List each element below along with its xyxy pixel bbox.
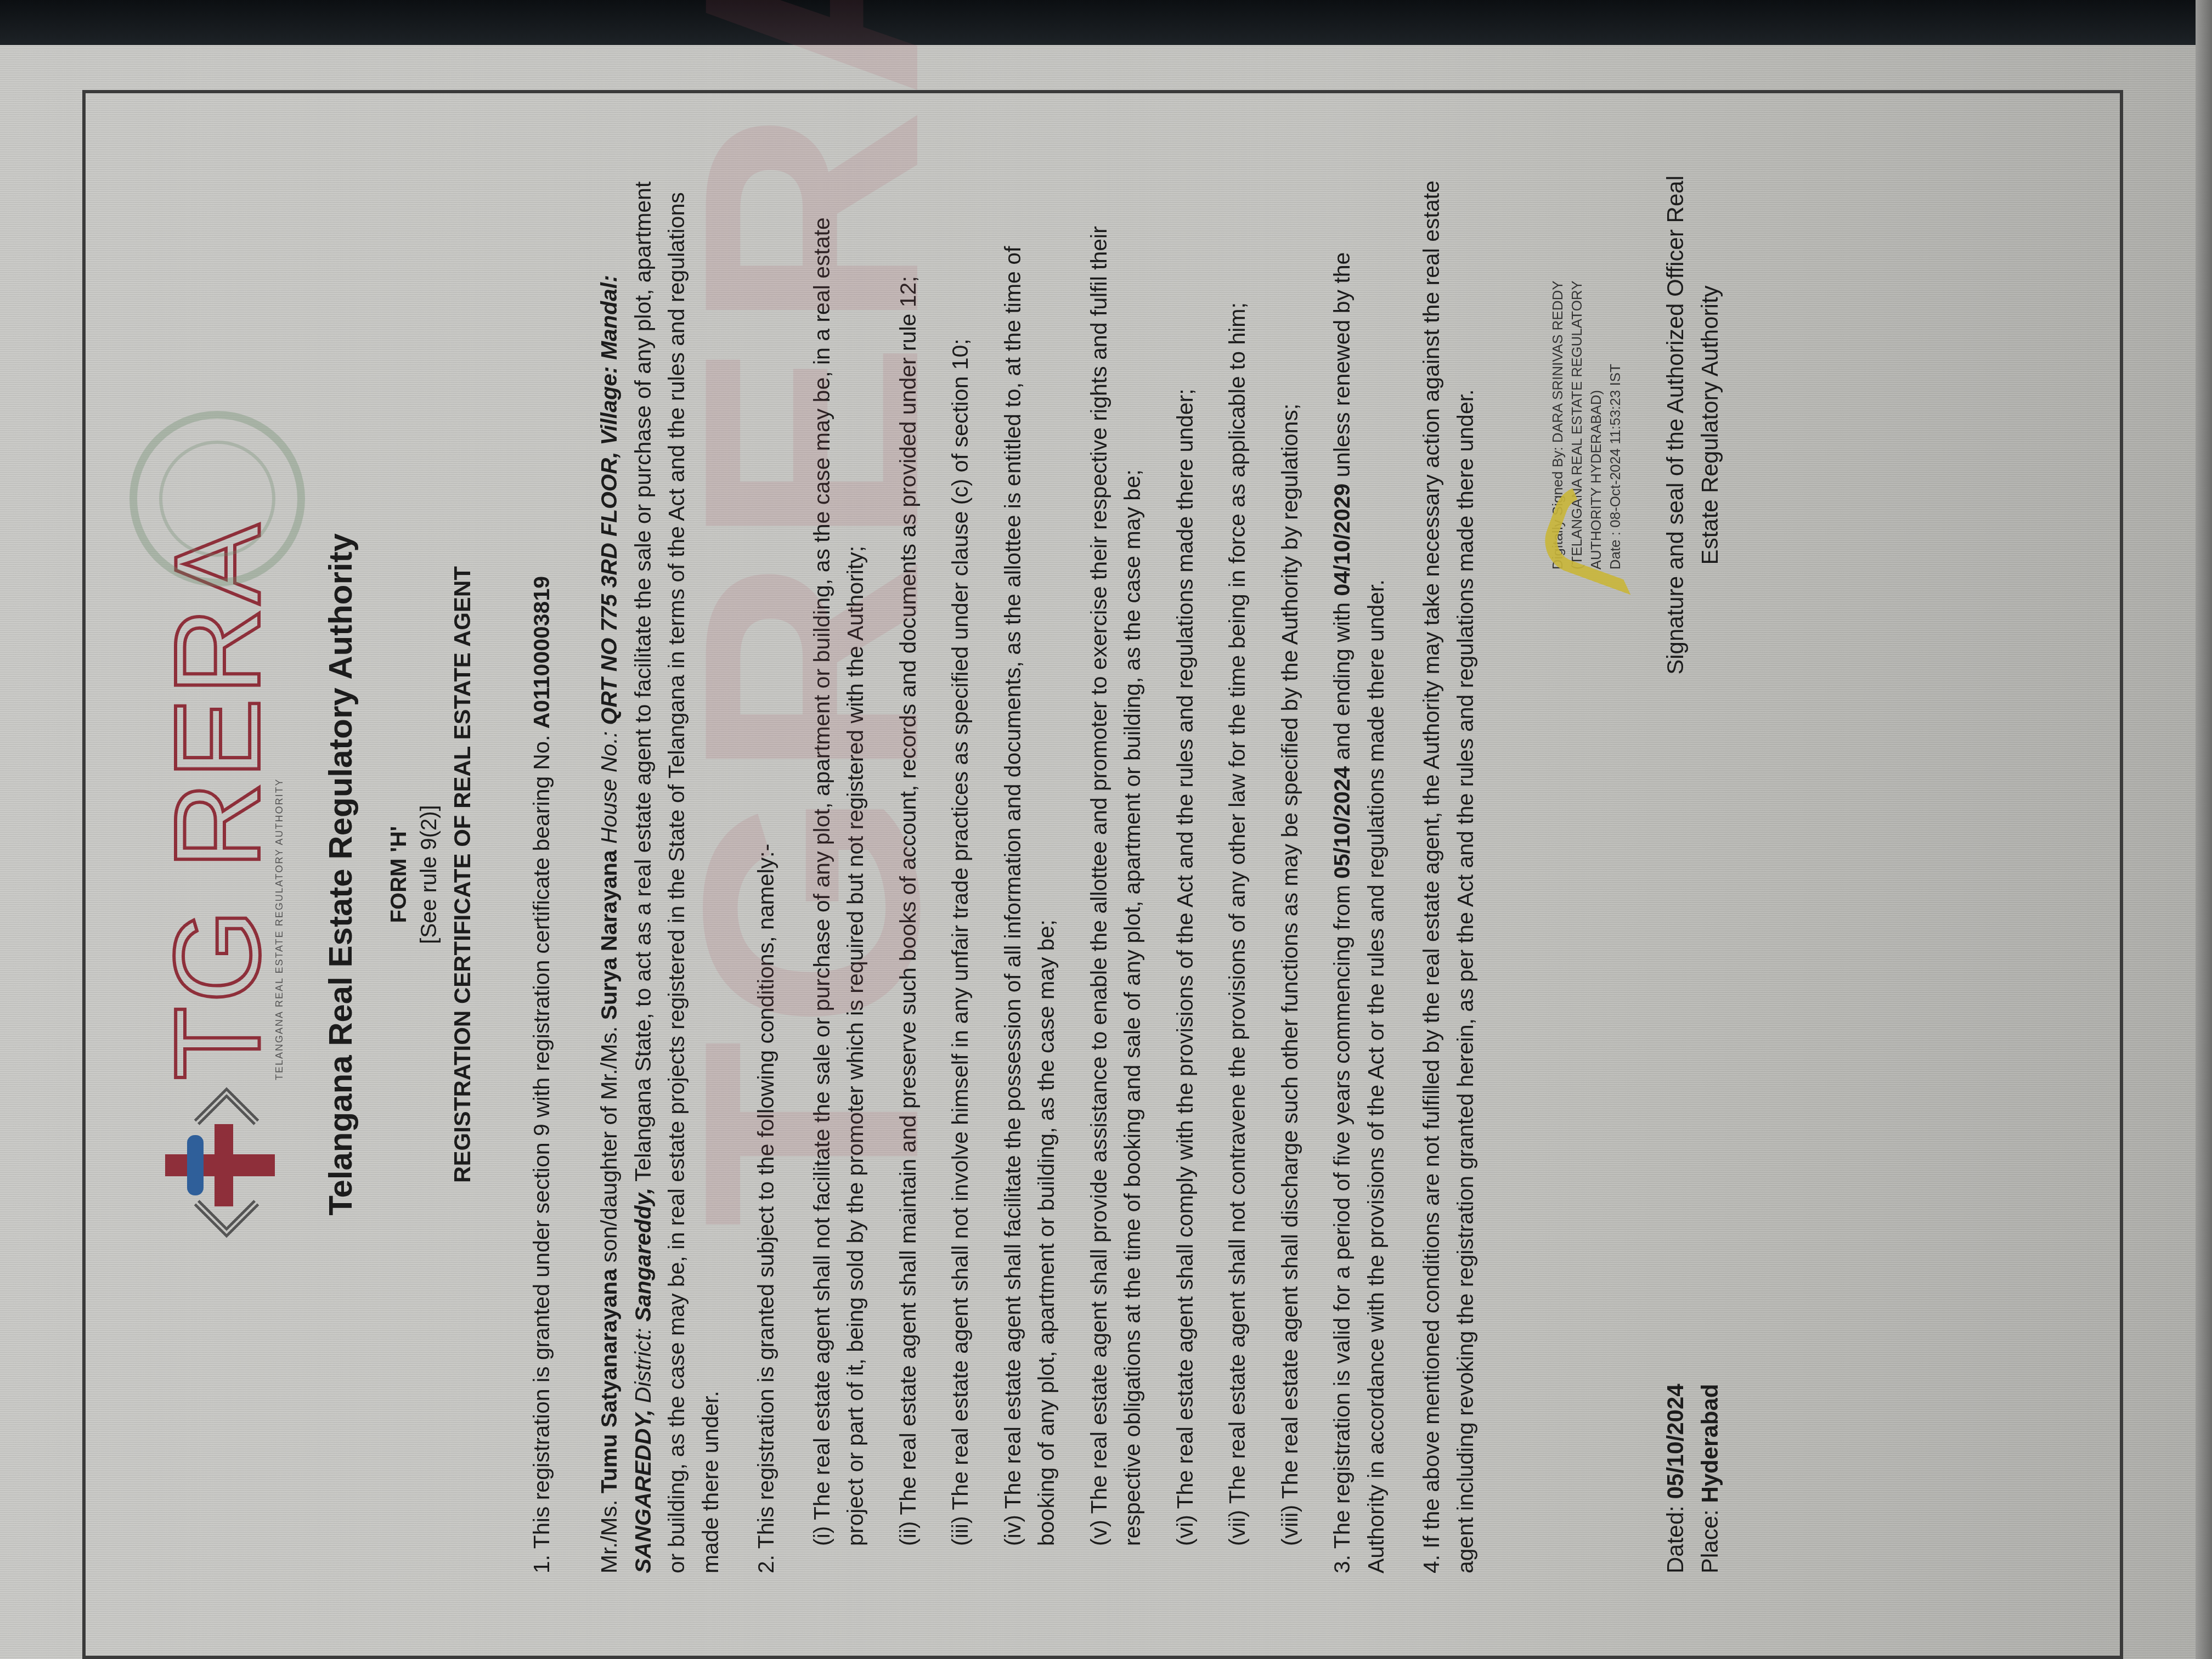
house-number: QRT NO 775 3RD FLOOR, [596, 452, 622, 725]
right-edge-bezel [2196, 0, 2212, 1659]
date-place-block: Dated: 05/10/2024 Place: Hyderabad [1658, 1384, 1727, 1573]
condition-item: (vii) The real estate agent shall not co… [1221, 176, 1255, 1546]
logo-subtitle: TELANGANA REAL ESTATE REGULATORY AUTHORI… [274, 778, 285, 1080]
signature-caption-2: Estate Regulatory Authority [1692, 176, 1727, 675]
paragraph-3: 3. The registration is valid for a perio… [1325, 176, 1393, 1573]
issue-place: Hyderabad [1697, 1384, 1723, 1503]
district: Sangareddy, [630, 1188, 656, 1322]
signature-block: Digitally Signed By: DARA SRINIVAS REDDY… [1548, 176, 1727, 675]
mandal: SANGAREDDY, [630, 1409, 656, 1573]
validity-end-date: 04/10/2029 [1329, 483, 1355, 596]
certificate-footer: Dated: 05/10/2024 Place: Hyderabad Digit… [1548, 176, 1727, 1573]
condition-item: (iii) The real estate agent shall not in… [944, 176, 978, 1546]
condition-item: (ii) The real estate agent shall maintai… [891, 176, 926, 1546]
signature-caption-1: Signature and seal of the Authorized Off… [1658, 176, 1692, 675]
screen: TGRERA TG RERA TELANGANA REAL ESTATE REG… [0, 45, 2196, 1659]
parent-name: Surya Narayana [596, 850, 622, 1020]
paragraph-4: 4. If the above mentioned conditions are… [1415, 176, 1482, 1573]
issue-date: 05/10/2024 [1662, 1384, 1688, 1499]
condition-item: (iv) The real estate agent shall facilit… [996, 176, 1064, 1546]
top-dark-band [0, 0, 2212, 45]
rule-reference: [See rule 9(2)] [417, 805, 442, 944]
state-seal-icon [129, 411, 305, 586]
tgrera-logo-icon [154, 1097, 280, 1228]
condition-item: (v) The real estate agent shall provide … [1082, 176, 1150, 1546]
agent-name: Tumu Satyanarayana [596, 1269, 622, 1493]
condition-item: (viii) The real estate agent shall disch… [1273, 176, 1307, 1546]
certificate-title: REGISTRATION CERTIFICATE OF REAL ESTATE … [449, 566, 476, 1183]
certificate-header: TG RERA TELANGANA REAL ESTATE REGULATORY… [146, 176, 476, 1573]
tgrera-logo: TG RERA TELANGANA REAL ESTATE REGULATORY… [146, 521, 289, 1228]
form-label: FORM 'H' [387, 826, 411, 923]
condition-item: (i) The real estate agent shall not faci… [805, 176, 873, 1546]
paragraph-2-intro: 2. This registration is granted subject … [749, 176, 783, 1573]
registration-number: A01100003819 [529, 576, 554, 729]
authority-title: Telangana Real Estate Regulatory Authori… [321, 533, 359, 1216]
condition-item: (vi) The real estate agent shall comply … [1169, 176, 1203, 1546]
certificate-page: TGRERA TG RERA TELANGANA REAL ESTATE REG… [82, 90, 2123, 1659]
certificate-body: 1. This registration is granted under se… [525, 176, 1482, 1573]
validity-start-date: 05/10/2024 [1329, 766, 1355, 879]
digital-signature: Digitally Signed By: DARA SRINIVAS REDDY… [1548, 280, 1625, 569]
logo-text: TG RERA [157, 521, 278, 1080]
paragraph-1: 1. This registration is granted under se… [525, 176, 727, 1573]
conditions-list: (i) The real estate agent shall not faci… [805, 176, 1307, 1573]
